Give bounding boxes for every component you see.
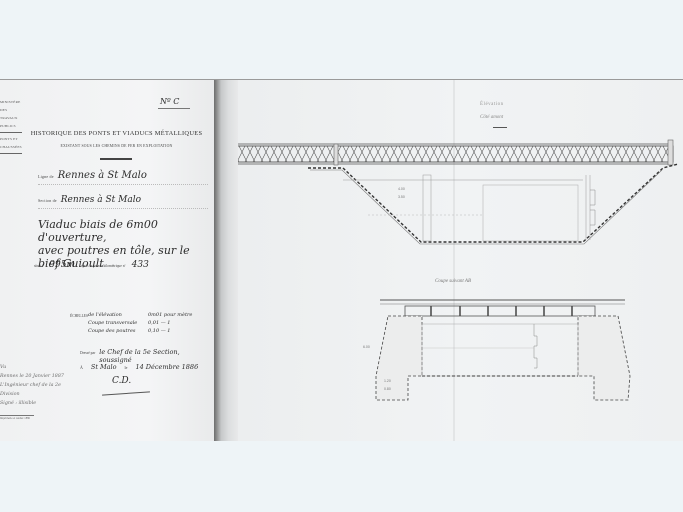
ministry-line: PONTS ET CHAUSSÉES	[0, 135, 30, 151]
dimension-label: 1.20	[384, 379, 391, 383]
divider	[158, 108, 190, 109]
archival-sheet: MINISTÈRE DES TRAVAUX PUBLICS PONTS ET C…	[0, 80, 683, 441]
section-label: Section de	[38, 198, 57, 203]
line-label: Ligne de	[38, 174, 54, 179]
section-field: Section de Rennes à St Malo	[38, 195, 141, 205]
scale-value: 0m01 pour mètre	[148, 311, 192, 319]
scale-item: de l'élévation 0m01 pour mètre	[88, 311, 192, 319]
cross-section-view	[376, 300, 630, 400]
prepared-by-field: Dressé par le Chef de la 5e Section, sou…	[80, 348, 214, 364]
scale-item: Coupe transversale 0,01 — 1	[88, 319, 192, 327]
location-field: situé à 995m après le poteau kilométriqu…	[34, 260, 149, 270]
divider	[100, 158, 132, 160]
signature: C.D.	[112, 376, 131, 386]
technical-drawing: Élévation Côté amont Coupe suivant AB	[238, 80, 683, 441]
scale-item: Coupe des poutres 0,10 — 1	[88, 327, 192, 335]
viaduct-description-line: Viaduc biais de 6m00 d'ouverture,	[38, 218, 210, 244]
scales-list: de l'élévation 0m01 pour mètre Coupe tra…	[88, 311, 192, 335]
prepared-by-label: Dressé par	[80, 351, 95, 355]
prepared-by-value: le Chef de la 5e Section, soussigné	[99, 348, 214, 364]
dimension-label: 6.00	[363, 345, 370, 349]
borne-label: après le poteau kilométrique nº	[81, 264, 126, 268]
approval-line: Rennes le 20 Janvier 1887	[0, 372, 70, 381]
dimension-label: 3.50	[398, 195, 405, 199]
printer-note: Imprimerie et Atelier 1886	[0, 417, 30, 420]
elevation-view	[238, 140, 678, 244]
scale-value: 0,01 — 1	[148, 319, 171, 327]
bridge-drawing-svg: 6.00 4.00 3.50 1.20 0.80	[238, 80, 683, 441]
document-subtitle: EXISTANT SOUS LES CHEMINS DE FER EN EXPL…	[24, 144, 209, 148]
scale-name: Coupe transversale	[88, 319, 140, 327]
line-value: Rennes à St Malo	[58, 170, 147, 181]
borne-value: 433	[132, 260, 149, 270]
date-value: 14 Décembre 1886	[135, 363, 198, 371]
scales-label: ÉCHELLES	[70, 314, 88, 318]
scale-name: Coupe des poutres	[88, 327, 140, 335]
divider	[0, 415, 34, 416]
ministry-line: DES	[0, 106, 30, 114]
binding-gutter	[214, 80, 238, 441]
scale-name: de l'élévation	[88, 311, 140, 319]
divider	[38, 184, 208, 185]
situe-value: 995m	[49, 260, 75, 270]
place-prefix: À	[80, 365, 83, 370]
divider	[0, 153, 22, 154]
approval-line: L'Ingénieur chef de la 2e Division	[0, 381, 70, 399]
place-value: St Malo	[91, 363, 117, 371]
divider	[38, 208, 208, 209]
ministry-line: TRAVAUX PUBLICS	[0, 114, 30, 130]
dimension-label: 4.00	[398, 187, 405, 191]
situe-label: situé à	[34, 264, 43, 268]
approval-line: Vu	[0, 363, 70, 372]
dimension-label: 0.80	[384, 387, 391, 391]
place-date-field: À St Malo le 14 Décembre 1886	[80, 363, 198, 371]
form-page: MINISTÈRE DES TRAVAUX PUBLICS PONTS ET C…	[0, 80, 214, 441]
line-field: Ligne de Rennes à St Malo	[38, 170, 147, 181]
document-title: HISTORIQUE DES PONTS ET VIADUCS MÉTALLIQ…	[24, 130, 209, 137]
approval-note: Vu Rennes le 20 Janvier 1887 L'Ingénieur…	[0, 363, 70, 408]
approval-line: Signé : illisible	[0, 399, 70, 408]
document-number: Nº C	[160, 97, 179, 106]
ministry-line: MINISTÈRE	[0, 98, 30, 106]
date-prefix: le	[125, 365, 128, 370]
scale-value: 0,10 — 1	[148, 327, 171, 335]
section-value: Rennes à St Malo	[61, 195, 141, 205]
divider	[0, 132, 22, 133]
signature-underline	[102, 391, 150, 395]
